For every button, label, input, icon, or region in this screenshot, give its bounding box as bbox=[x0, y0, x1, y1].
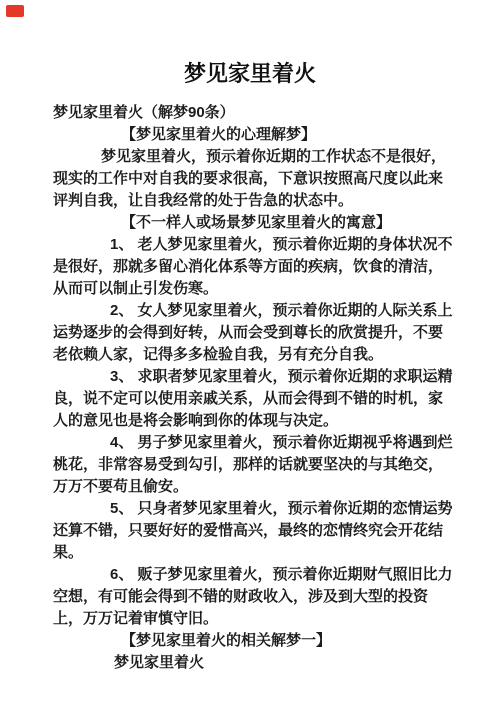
paragraph-psychology: 梦见家里着火，预示着你近期的工作状态不是很好，现实的工作中对自我的要求很高，下意… bbox=[53, 146, 454, 212]
document-body: 梦见家里着火（解梦90条） 【梦见家里着火的心理解梦】 梦见家里着火，预示着你近… bbox=[0, 102, 500, 674]
list-item-3: 3、 求职者梦见家里着火，预示着你近期的求职运精良，说不定可以使用亲戚关系，从而… bbox=[53, 366, 454, 432]
section-heading-psychology: 【梦见家里着火的心理解梦】 bbox=[53, 124, 454, 146]
list-item-1: 1、 老人梦见家里着火，预示着你近期的身体状况不是很好，那就多留心消化体系等方面… bbox=[53, 234, 454, 300]
section-heading-related: 【梦见家里着火的相关解梦一】 bbox=[53, 630, 454, 652]
list-item-5: 5、 只身者梦见家里着火，预示着你近期的恋情运势还算不错，只要好好的爱惜高兴，最… bbox=[53, 498, 454, 564]
red-corner-marker bbox=[6, 5, 24, 17]
document-page: 梦见家里着火 梦见家里着火（解梦90条） 【梦见家里着火的心理解梦】 梦见家里着… bbox=[0, 0, 500, 707]
subtitle-line: 梦见家里着火（解梦90条） bbox=[53, 102, 454, 124]
list-item-6: 6、 贩子梦见家里着火，预示着你近期财气照旧比力空想，有可能会得到不错的财政收入… bbox=[53, 564, 454, 630]
section-heading-meanings: 【不一样人或场景梦见家里着火的寓意】 bbox=[53, 212, 454, 234]
list-item-2: 2、 女人梦见家里着火，预示着你近期的人际关系上运势逐步的会得到好转，从而会受到… bbox=[53, 300, 454, 366]
closing-line: 梦见家里着火 bbox=[53, 652, 454, 674]
list-item-4: 4、 男子梦见家里着火，预示着你近期视乎将遇到烂桃花，非常容易受到勾引，那样的话… bbox=[53, 432, 454, 498]
document-title: 梦见家里着火 bbox=[0, 59, 500, 89]
